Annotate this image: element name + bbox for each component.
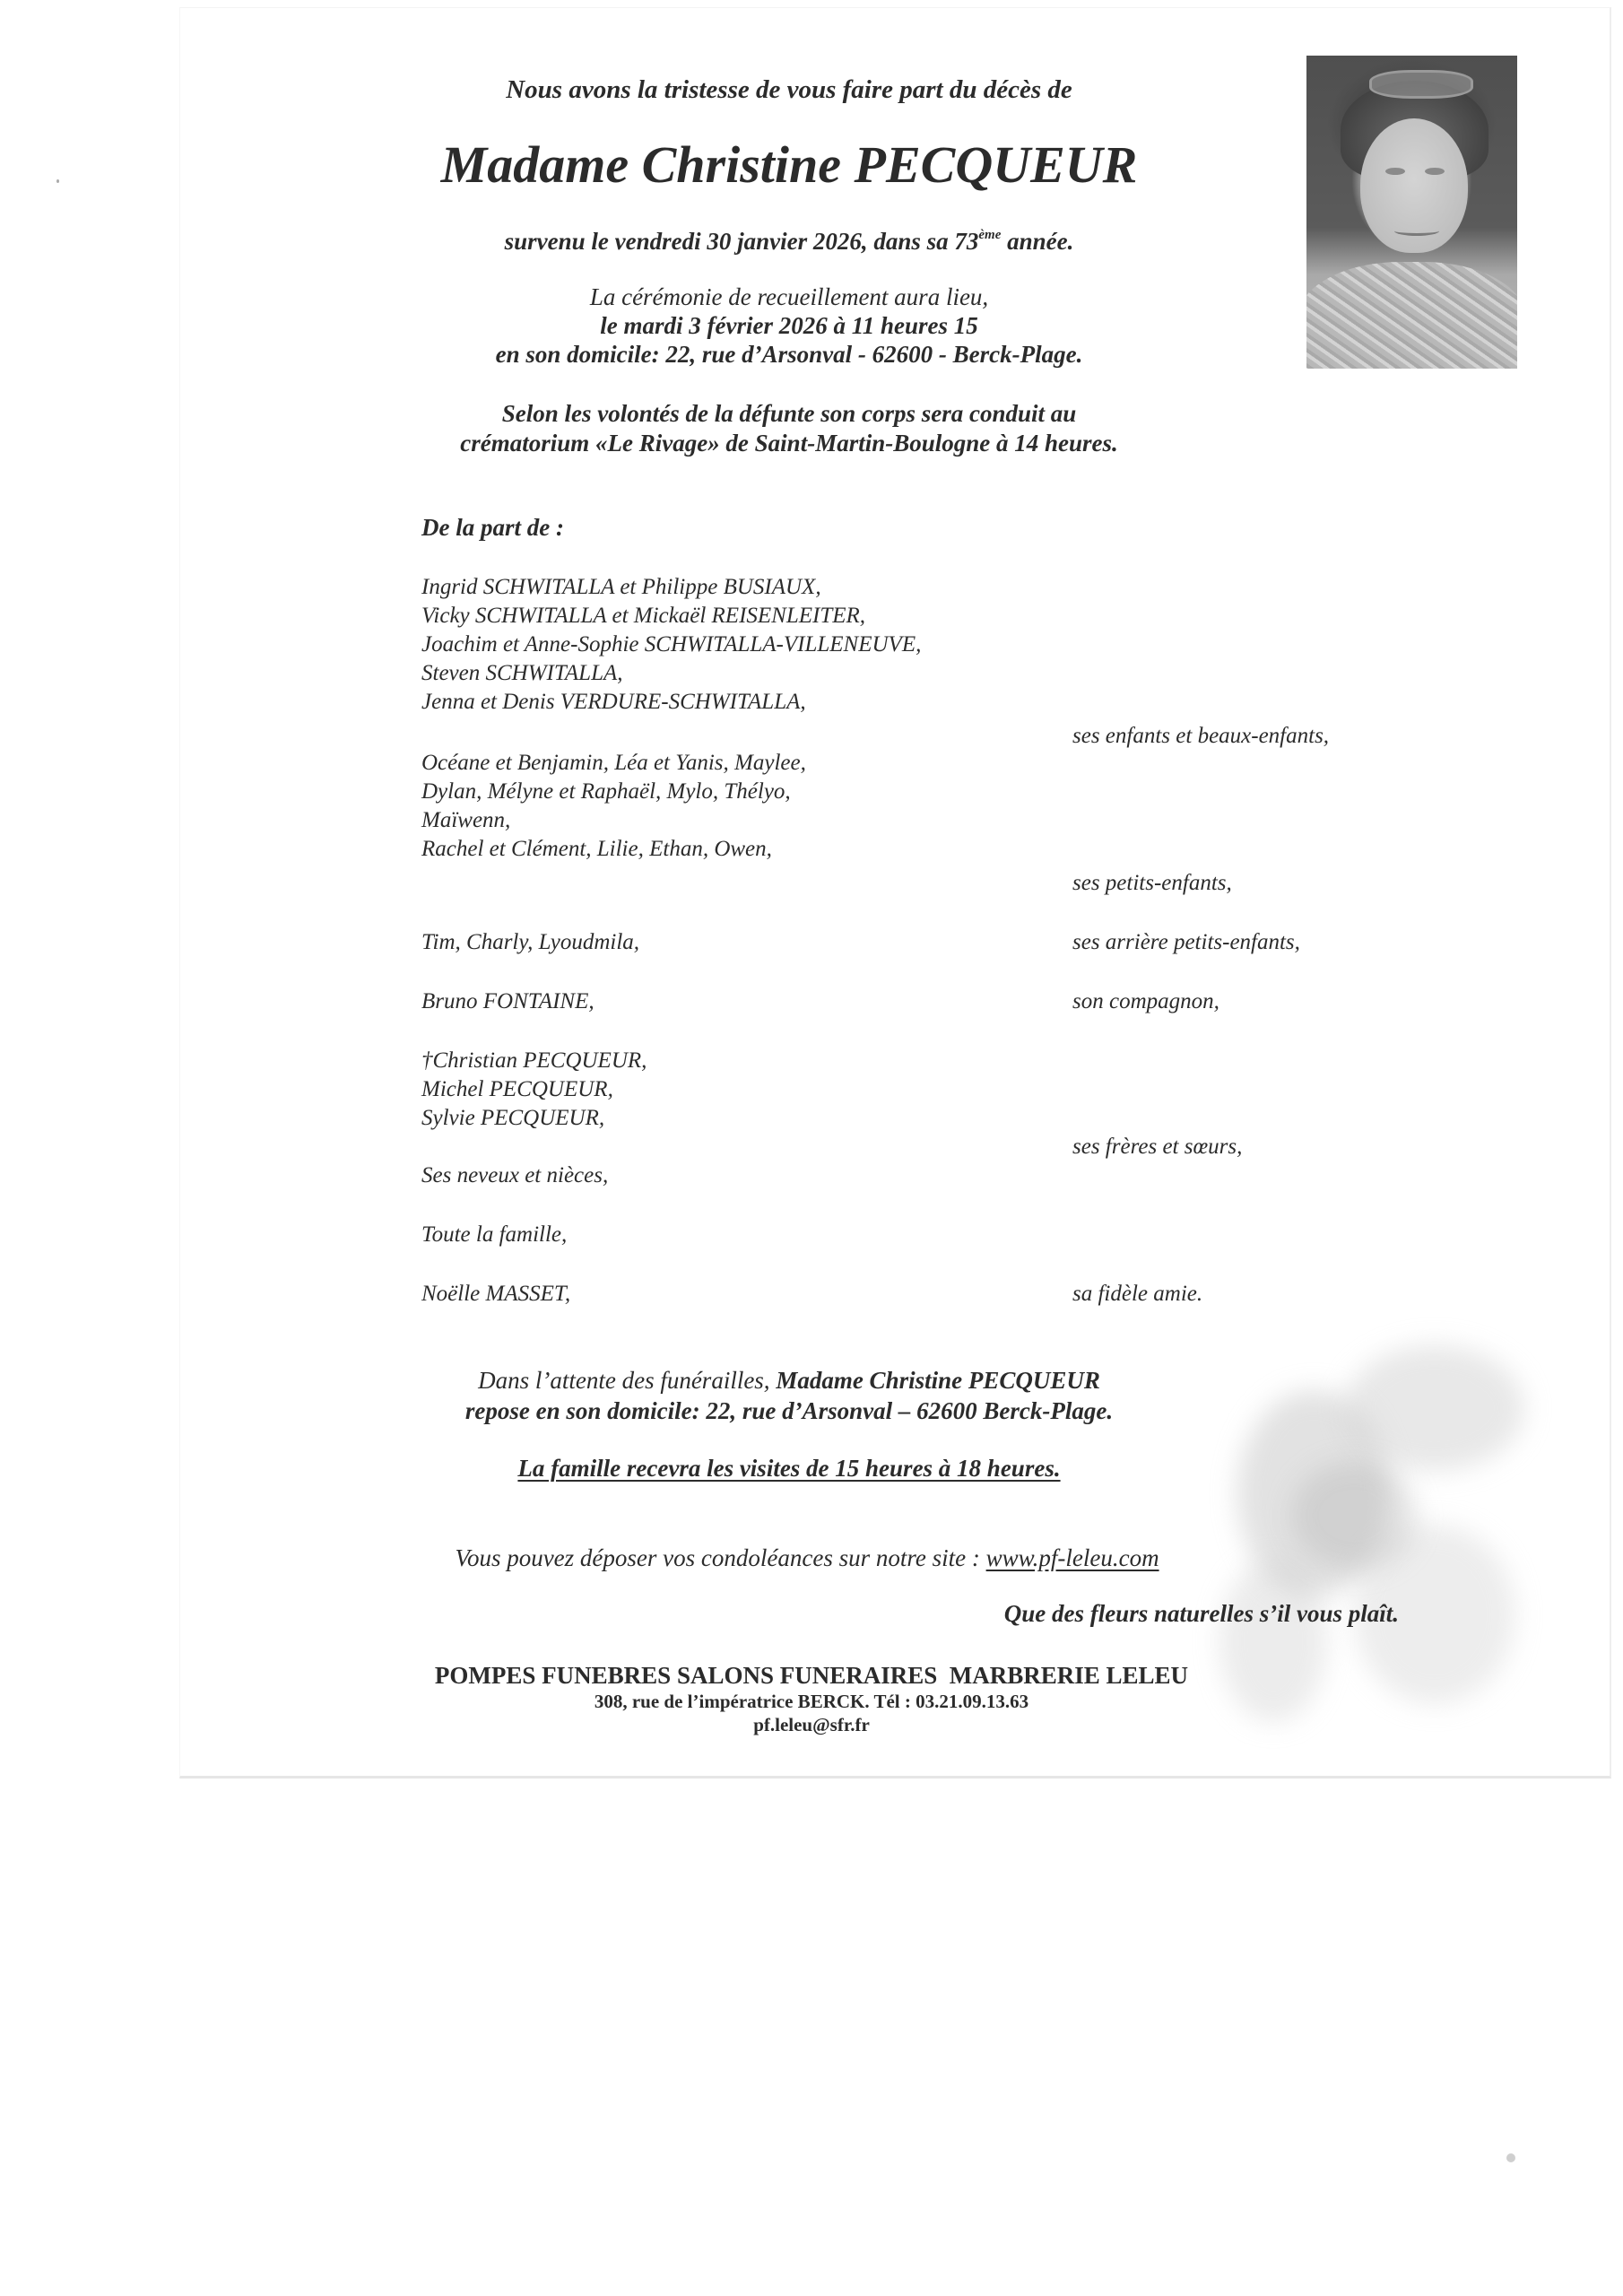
family-line: Rachel et Clément, Lilie, Ethan, Owen, [421,838,772,860]
from-heading: De la part de : [421,516,564,540]
family-line: Maïwenn, [421,809,510,831]
visits-text: La famille recevra les visites de 15 heu… [517,1455,1060,1482]
family-line: Bruno FONTAINE, [421,990,595,1013]
condolences-line: Vous pouvez déposer vos condoléances sur… [341,1546,1273,1570]
family-line: Noëlle MASSET, [421,1283,570,1305]
condolences-text: Vous pouvez déposer vos condoléances sur… [455,1544,985,1571]
ceremony-address: en son domicile: 22, rue d’Arsonval - 62… [341,343,1237,367]
website-link[interactable]: www.pf-leleu.com [986,1544,1159,1571]
relation-label: ses arrière petits-enfants, [1072,931,1300,953]
family-line: †Christian PECQUEUR, [421,1049,647,1072]
deceased-date-text: survenu le vendredi 30 janvier 2026, dan… [505,228,979,255]
family-line: Jenna et Denis VERDURE-SCHWITALLA, [421,691,806,713]
intro-text: Nous avons la tristesse de vous faire pa… [341,77,1237,103]
family-line: Dylan, Mélyne et Raphaël, Mylo, Thélyo, [421,780,791,803]
family-line: Ingrid SCHWITALLA et Philippe BUSIAUX, [421,576,821,598]
portrait-photo [1306,56,1517,369]
repose-address: repose en son domicile: 22, rue d’Arsonv… [341,1399,1237,1423]
relation-label: sa fidèle amie. [1072,1283,1202,1305]
photo-eye [1425,168,1445,175]
photo-shoulders [1306,262,1517,369]
relation-label: son compagnon, [1072,990,1219,1013]
flowers-request: Que des fleurs naturelles s’il vous plaî… [1004,1602,1399,1626]
company-address: 308, rue de l’impératrice BERCK. Tél : 0… [341,1692,1282,1711]
photo-smile [1394,226,1439,236]
family-line: Toute la famille, [421,1223,567,1246]
ceremony-date: le mardi 3 février 2026 à 11 heures 15 [341,314,1237,338]
family-line: Ses neveux et nièces, [421,1164,608,1187]
relation-label: ses enfants et beaux-enfants, [1072,725,1329,747]
wishes-line-2: crématorium «Le Rivage» de Saint-Martin-… [341,431,1237,456]
company-name: POMPES FUNEBRES SALONS FUNERAIRES MARBRE… [341,1664,1282,1688]
deceased-date-line: survenu le vendredi 30 janvier 2026, dan… [341,229,1237,254]
repose-prefix: Dans l’attente des funérailles, [478,1367,776,1394]
visits-line: La famille recevra les visites de 15 heu… [341,1457,1237,1481]
family-line: Sylvie PECQUEUR, [421,1107,604,1129]
family-line: Steven SCHWITALLA, [421,662,623,684]
deceased-name-title: Madame Christine PECQUEUR [278,139,1300,191]
relation-label: ses frères et sœurs, [1072,1135,1242,1158]
deceased-year-word: année. [1001,228,1073,255]
family-line: Tim, Charly, Lyoudmila, [421,931,639,953]
family-line: Vicky SCHWITALLA et Mickaël REISENLEITER… [421,604,865,627]
family-line: Michel PECQUEUR, [421,1078,613,1100]
scan-speck [1506,2153,1515,2162]
wishes-line-1: Selon les volontés de la défunte son cor… [341,402,1237,426]
company-email[interactable]: pf.leleu@sfr.fr [341,1716,1282,1735]
ordinal-suffix: ème [978,228,1001,242]
relation-label: ses petits-enfants, [1072,872,1232,894]
family-line: Océane et Benjamin, Léa et Yanis, Maylee… [421,752,806,774]
ceremony-intro: La cérémonie de recueillement aura lieu, [341,285,1237,309]
family-line: Joachim et Anne-Sophie SCHWITALLA-VILLEN… [421,633,921,656]
repose-name: Madame Christine PECQUEUR [776,1367,1100,1394]
scan-speck [56,179,59,183]
photo-eye [1385,168,1405,175]
repose-line-1: Dans l’attente des funérailles, Madame C… [341,1369,1237,1393]
photo-glasses [1369,70,1473,99]
